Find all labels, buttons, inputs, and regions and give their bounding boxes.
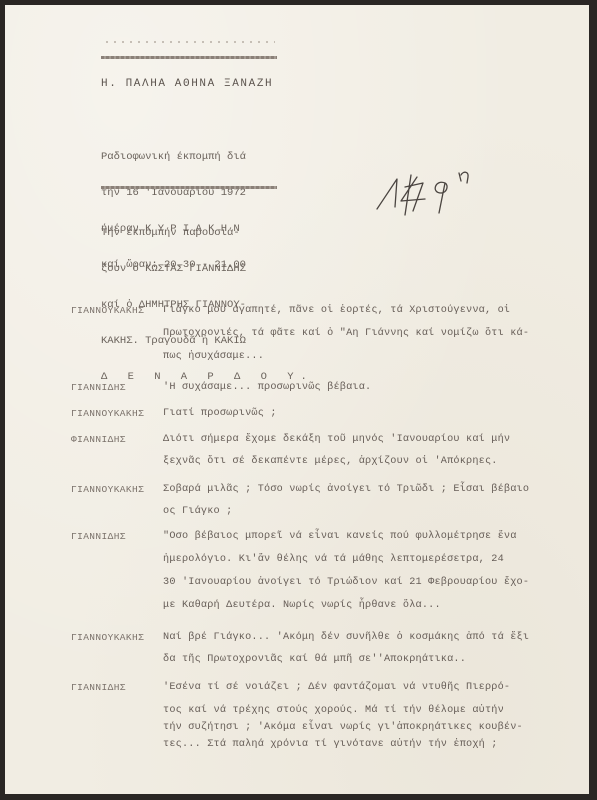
broadcast-info-line: Ραδιοφωνική έκπομπή διά: [101, 151, 246, 163]
speaker-name: ΓΙΑΝΝΙΔΗΣ: [71, 531, 126, 542]
speech-line: Γιάγκο μου άγαπητέ, πᾶνε οἱ ἑορτές, τά Χ…: [163, 305, 510, 316]
speech-line: πως ἡσυχάσαμε...: [163, 351, 264, 362]
header-rule-bottom: [101, 186, 277, 189]
speech-line: με Καθαρή Δευτέρα. Νωρίς νωρίς ἦρθανε ὅλ…: [163, 600, 441, 611]
speech-line: δα τῆς Πρωτοχρονιᾶς καί θά μπῆ σε''Αποκρ…: [163, 654, 466, 665]
speech-line: τος καί νά τρέχης στούς χορούς. Μά τί τή…: [163, 705, 504, 716]
speech-line: "Οσο βέβαιος μπορεῖ νά εἶναι κανείς πού …: [163, 531, 517, 542]
speech-line: 'Η συχάσαμε... προσωρινῶς βέβαια.: [163, 382, 371, 393]
speech-line: 'Εσένα τί σέ νοιάζει ; Δέν φαντάζομαι νά…: [163, 682, 510, 693]
handwritten-149-icon: [373, 161, 483, 221]
dotted-line-decoration: [103, 41, 275, 43]
speech-line: Διότι σήμερα ἔχομε δεκάξη τοῦ μηνός 'Ιαν…: [163, 434, 510, 445]
speaker-name: ΦΙΑΝΝΙΔΗΣ: [71, 434, 126, 445]
speech-line: Σοβαρά μιλᾶς ; Τόσο νωρίς ἀνοίγει τό Τρι…: [163, 484, 529, 495]
speech-line: ος Γιάγκο ;: [163, 506, 232, 517]
program-title: Η. ΠΑΛΗΑ ΑΘΗΝΑ ΞΑΝΑΖΗ: [101, 78, 273, 90]
speaker-name: ΓΙΑΝΝΟΥΚΑΚΗΣ: [71, 408, 144, 419]
speech-line: Ναί βρέ Γιάγκο... 'Ακόμη δέν συνῆλθε ὁ κ…: [163, 632, 529, 643]
speech-line: τήν συζήτησι ; 'Ακόμα εἶναι νωρίς γι'ἀπο…: [163, 722, 523, 733]
speaker-name: ΓΙΑΝΝΟΥΚΑΚΗΣ: [71, 305, 144, 316]
speaker-name: ΓΙΑΝΝΟΥΚΑΚΗΣ: [71, 484, 144, 495]
speech-line: ξεχνᾶς ὅτι σέ δεκαπέντε μέρες, ἀρχίζουν …: [163, 456, 498, 467]
speech-line: τες... Στά παληά χρόνια τί γινότανε αὐτή…: [163, 739, 498, 750]
speaker-name: ΓΙΑΝΝΙΔΗΣ: [71, 382, 126, 393]
presenters-line: ζουν ὁ ΚΩΣΤΑΣ ΓΙΑΝΝΙΔΗΣ: [101, 263, 314, 275]
speech-line: Πρωτοχρονιές, τά φᾶτε καί ὁ "Αη Γιάννης …: [163, 328, 529, 339]
speaker-name: ΓΙΑΝΝΙΔΗΣ: [71, 682, 126, 693]
document-page: Η. ΠΑΛΗΑ ΑΘΗΝΑ ΞΑΝΑΖΗ Ραδιοφωνική έκπομπ…: [5, 5, 589, 794]
speaker-name: ΓΙΑΝΝΟΥΚΑΚΗΣ: [71, 632, 144, 643]
presenters-line: Τήν έκπομπήν παρουσιά-: [101, 227, 314, 239]
handwritten-page-number: [373, 161, 483, 221]
header-rule-top: [101, 56, 277, 59]
speech-line: Γιατί προσωρινῶς ;: [163, 408, 277, 419]
speech-line: 30 'Ιανουαρίου ἀνοίγει τό Τριώδιον καί 2…: [163, 577, 529, 588]
speech-line: ἡμερολόγιο. Κι'ἄν θέλης νά τά μάθης λεπτ…: [163, 554, 504, 565]
